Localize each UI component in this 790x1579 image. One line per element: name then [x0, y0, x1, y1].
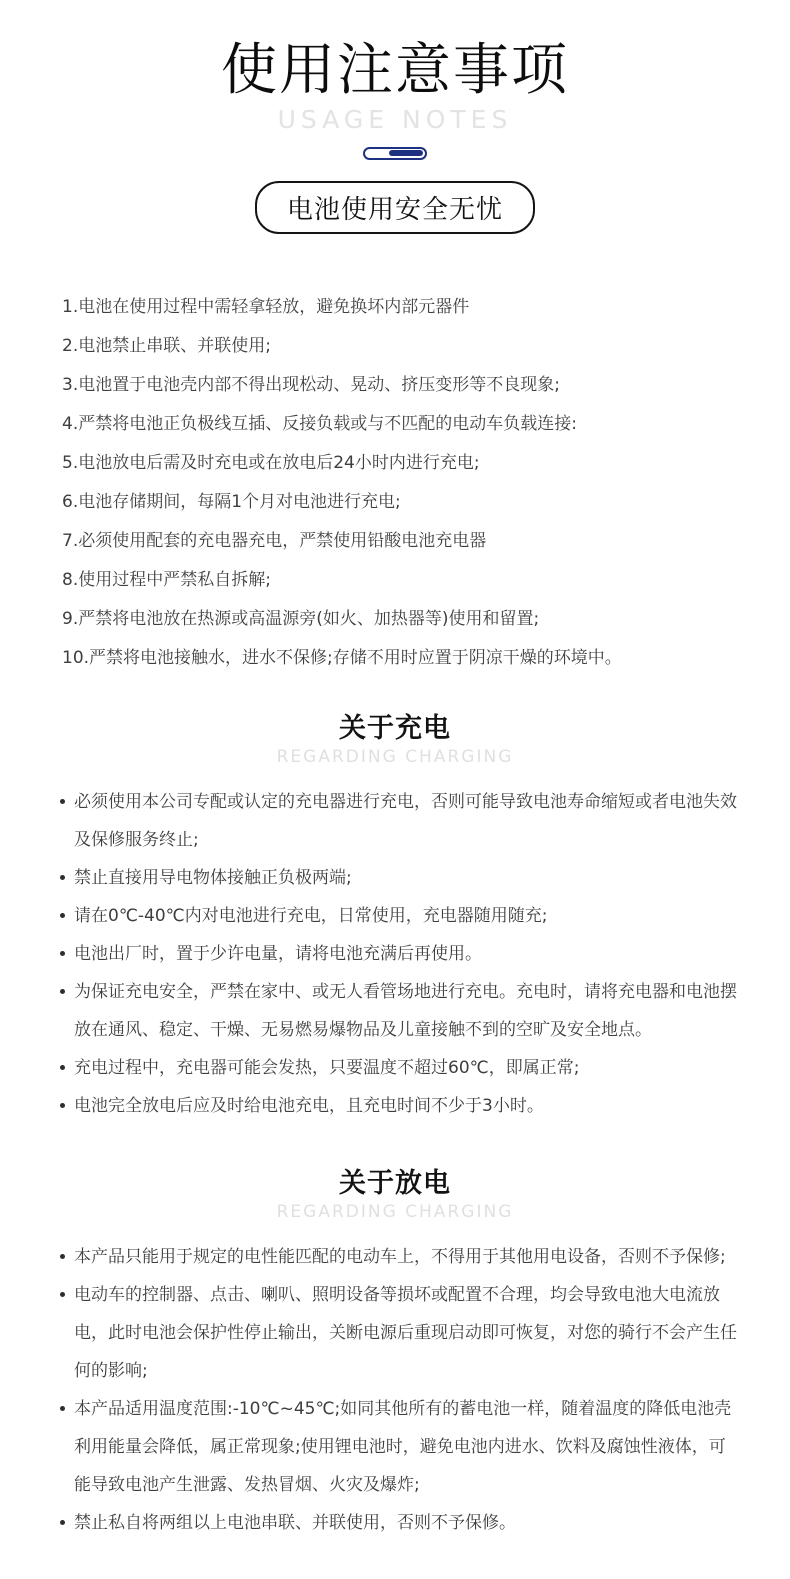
charging-bullet-2: 禁止直接用导电物体接触正负极两端; [58, 859, 738, 897]
discharging-bullet-4: 禁止私自将两组以上电池串联、并联使用，否则不予保修。 [58, 1504, 738, 1542]
bullet-dot-icon [60, 1520, 65, 1525]
note-item-3: 3.电池置于电池壳内部不得出现松动、晃动、挤压变形等不良现象; [62, 366, 738, 405]
charging-bullet-4: 电池出厂时，置于少许电量，请将电池充满后再使用。 [58, 935, 738, 973]
discharging-bullet-3: 本产品适用温度范围:-10℃~45℃;如同其他所有的蓄电池一样，随着温度的降低电… [58, 1390, 738, 1504]
bullet-text: 禁止私自将两组以上电池串联、并联使用，否则不予保修。 [74, 1513, 516, 1533]
discharging-heading: 关于放电 [0, 1161, 790, 1200]
bullet-dot-icon [60, 913, 65, 918]
note-item-4: 4.严禁将电池正负极线互插、反接负载或与不匹配的电动车负载连接: [62, 405, 738, 444]
charging-bullet-1: 必须使用本公司专配或认定的充电器进行充电，否则可能导致电池寿命缩短或者电池失效及… [58, 783, 738, 859]
charging-bullet-3: 请在0℃-40℃内对电池进行充电，日常使用，充电器随用随充; [58, 897, 738, 935]
bullet-dot-icon [60, 1292, 65, 1297]
discharging-section: 关于放电 REGARDING CHARGING 本产品只能用于规定的电性能匹配的… [0, 1161, 790, 1542]
charging-bullet-5: 为保证充电安全，严禁在家中、或无人看管场地进行充电。充电时，请将充电器和电池摆放… [58, 973, 738, 1049]
bullet-dot-icon [60, 1065, 65, 1070]
bullet-text: 禁止直接用导电物体接触正负极两端; [74, 868, 352, 888]
note-item-8: 8.使用过程中严禁私自拆解; [62, 561, 738, 600]
note-item-9: 9.严禁将电池放在热源或高温源旁(如火、加热器等)使用和留置; [62, 600, 738, 639]
bullet-text: 充电过程中，充电器可能会发热，只要温度不超过60℃，即属正常; [74, 1058, 579, 1078]
bullet-text: 电动车的控制器、点击、喇叭、照明设备等损坏或配置不合理，均会导致电池大电流放电，… [74, 1285, 737, 1381]
note-item-2: 2.电池禁止串联、并联使用; [62, 327, 738, 366]
usage-notes-page: 使用注意事项 USAGE NOTES 电池使用安全无忧 1.电池在使用过程中需轻… [0, 0, 790, 1579]
note-item-5: 5.电池放电后需及时充电或在放电后24小时内进行充电; [62, 444, 738, 483]
bullet-text: 本产品适用温度范围:-10℃~45℃;如同其他所有的蓄电池一样，随着温度的降低电… [74, 1399, 731, 1495]
charging-bullet-list: 必须使用本公司专配或认定的充电器进行充电，否则可能导致电池寿命缩短或者电池失效及… [58, 783, 738, 1125]
note-item-7: 7.必须使用配套的充电器充电，严禁使用铅酸电池充电器 [62, 522, 738, 561]
bullet-text: 本产品只能用于规定的电性能匹配的电动车上，不得用于其他用电设备，否则不予保修; [74, 1247, 726, 1267]
bullet-text: 电池出厂时，置于少许电量，请将电池充满后再使用。 [74, 944, 482, 964]
general-notes-list: 1.电池在使用过程中需轻拿轻放，避免换坏内部元器件 2.电池禁止串联、并联使用;… [62, 288, 738, 678]
charging-bullet-7: 电池完全放电后应及时给电池充电，且充电时间不少于3小时。 [58, 1087, 738, 1125]
bullet-text: 电池完全放电后应及时给电池充电，且充电时间不少于3小时。 [74, 1096, 544, 1116]
charging-heading: 关于充电 [0, 706, 790, 745]
charging-section: 关于充电 REGARDING CHARGING 必须使用本公司专配或认定的充电器… [0, 706, 790, 1125]
note-item-1: 1.电池在使用过程中需轻拿轻放，避免换坏内部元器件 [62, 288, 738, 327]
charging-subheading: REGARDING CHARGING [0, 747, 790, 767]
bullet-dot-icon [60, 875, 65, 880]
bullet-dot-icon [60, 951, 65, 956]
discharging-bullet-2: 电动车的控制器、点击、喇叭、照明设备等损坏或配置不合理，均会导致电池大电流放电，… [58, 1276, 738, 1390]
discharging-bullet-list: 本产品只能用于规定的电性能匹配的电动车上，不得用于其他用电设备，否则不予保修; … [58, 1238, 738, 1542]
bullet-dot-icon [60, 1406, 65, 1411]
bullet-text: 必须使用本公司专配或认定的充电器进行充电，否则可能导致电池寿命缩短或者电池失效及… [74, 792, 737, 850]
bullet-dot-icon [60, 989, 65, 994]
safety-badge: 电池使用安全无忧 [255, 181, 535, 234]
bullet-text: 为保证充电安全，严禁在家中、或无人看管场地进行充电。充电时，请将充电器和电池摆放… [74, 982, 737, 1040]
discharging-section-head: 关于放电 REGARDING CHARGING [0, 1161, 790, 1222]
note-item-6: 6.电池存储期间，每隔1个月对电池进行充电; [62, 483, 738, 522]
battery-pill-fill-icon [389, 150, 423, 156]
bullet-dot-icon [60, 1254, 65, 1259]
charging-bullet-6: 充电过程中，充电器可能会发热，只要温度不超过60℃，即属正常; [58, 1049, 738, 1087]
discharging-bullet-1: 本产品只能用于规定的电性能匹配的电动车上，不得用于其他用电设备，否则不予保修; [58, 1238, 738, 1276]
battery-pill-icon [363, 147, 427, 160]
bullet-dot-icon [60, 1103, 65, 1108]
note-item-10: 10.严禁将电池接触水，进水不保修;存储不用时应置于阴凉干燥的环境中。 [62, 639, 738, 678]
charging-section-head: 关于充电 REGARDING CHARGING [0, 706, 790, 767]
bullet-dot-icon [60, 799, 65, 804]
page-subtitle: USAGE NOTES [0, 105, 790, 134]
bullet-text: 请在0℃-40℃内对电池进行充电，日常使用，充电器随用随充; [74, 906, 548, 926]
page-title: 使用注意事项 [0, 42, 790, 101]
discharging-subheading: REGARDING CHARGING [0, 1202, 790, 1222]
